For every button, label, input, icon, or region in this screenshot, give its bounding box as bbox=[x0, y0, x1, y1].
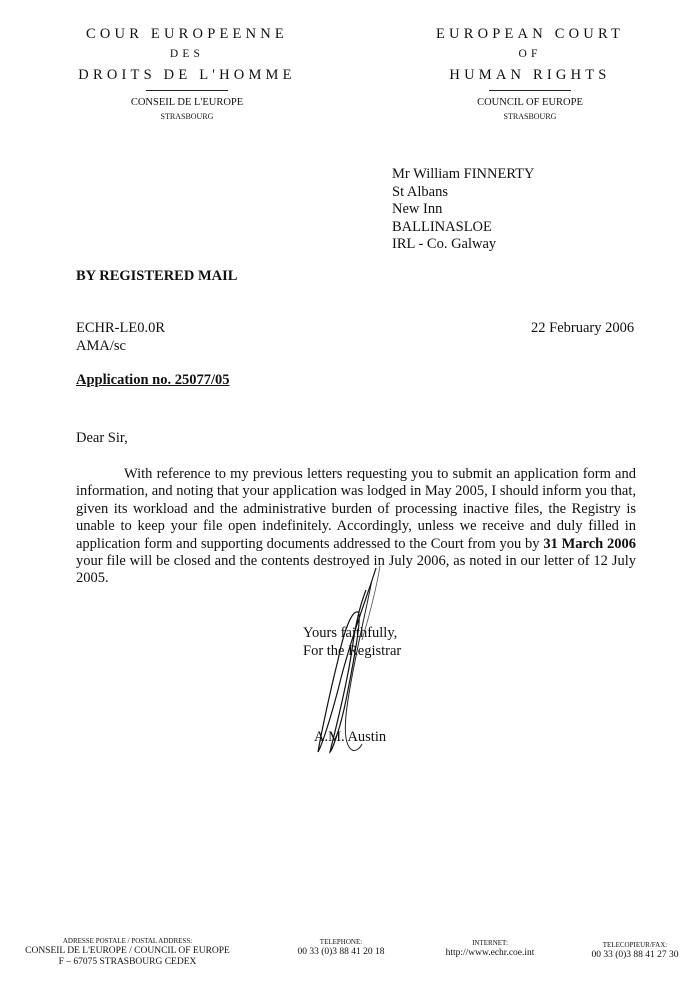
letterhead-city-en: STRASBOURG bbox=[420, 110, 640, 124]
body-text-part2: your file will be closed and the content… bbox=[76, 553, 636, 586]
deadline-date: 31 March 2006 bbox=[543, 536, 636, 552]
recipient-name: Mr William FINNERTY bbox=[392, 166, 534, 184]
footer-fax: TELECOPIEUR/FAX: 00 33 (0)3 88 41 27 30 bbox=[580, 940, 690, 961]
footer-internet-link[interactable]: http://www.echr.coe.int bbox=[435, 948, 545, 959]
reference-initials: AMA/sc bbox=[76, 338, 165, 356]
letterhead-french-line2: DES bbox=[62, 44, 312, 65]
letterhead-french-line3: DROITS DE L'HOMME bbox=[62, 65, 312, 85]
letterhead-french: COUR EUROPEENNE DES DROITS DE L'HOMME CO… bbox=[62, 24, 312, 124]
footer-internet: INTERNET: http://www.echr.coe.int bbox=[435, 938, 545, 959]
footer-postal-address: ADRESSE POSTALE / POSTAL ADDRESS: CONSEI… bbox=[10, 936, 245, 968]
closing-block: Yours faithfully, For the Registrar bbox=[303, 625, 401, 660]
letterhead-english-line3: HUMAN RIGHTS bbox=[420, 65, 640, 85]
footer-telephone-label: TELEPHONE: bbox=[286, 937, 396, 947]
letterhead-city-fr: STRASBOURG bbox=[62, 110, 312, 124]
footer-postal-line1: CONSEIL DE L'EUROPE / COUNCIL OF EUROPE bbox=[10, 946, 245, 957]
letterhead-council-en: COUNCIL OF EUROPE bbox=[420, 95, 640, 110]
closing-line: Yours faithfully, bbox=[303, 625, 401, 643]
closing-registrar: For the Registrar bbox=[303, 643, 401, 661]
recipient-address-line: St Albans bbox=[392, 184, 534, 202]
footer-fax-label: TELECOPIEUR/FAX: bbox=[580, 940, 690, 950]
delivery-method: BY REGISTERED MAIL bbox=[76, 268, 237, 286]
recipient-address-line: IRL - Co. Galway bbox=[392, 236, 534, 254]
letterhead-french-line1: COUR EUROPEENNE bbox=[62, 24, 312, 44]
letterhead-council-fr: CONSEIL DE L'EUROPE bbox=[62, 95, 312, 110]
recipient-address-line: BALLINASLOE bbox=[392, 219, 534, 237]
footer-internet-label: INTERNET: bbox=[435, 938, 545, 948]
letterhead-english: EUROPEAN COURT OF HUMAN RIGHTS COUNCIL O… bbox=[420, 24, 640, 124]
footer-telephone-value: 00 33 (0)3 88 41 20 18 bbox=[286, 947, 396, 958]
reference-code: ECHR-LE0.0R bbox=[76, 320, 165, 338]
letterhead-english-line2: OF bbox=[420, 44, 640, 65]
letter-date: 22 February 2006 bbox=[531, 320, 634, 338]
letterhead-divider bbox=[146, 90, 228, 91]
footer-telephone: TELEPHONE: 00 33 (0)3 88 41 20 18 bbox=[286, 937, 396, 958]
salutation: Dear Sir, bbox=[76, 430, 128, 448]
letterhead-english-line1: EUROPEAN COURT bbox=[420, 24, 640, 44]
body-paragraph: With reference to my previous letters re… bbox=[76, 466, 636, 588]
footer-fax-value: 00 33 (0)3 88 41 27 30 bbox=[580, 950, 690, 961]
footer-postal-line2: F – 67075 STRASBOURG CEDEX bbox=[10, 957, 245, 968]
recipient-address-line: New Inn bbox=[392, 201, 534, 219]
application-number: Application no. 25077/05 bbox=[76, 372, 229, 390]
footer-postal-label: ADRESSE POSTALE / POSTAL ADDRESS: bbox=[10, 936, 245, 946]
recipient-address: Mr William FINNERTY St Albans New Inn BA… bbox=[392, 166, 534, 254]
letterhead-divider bbox=[489, 90, 571, 91]
reference-block: ECHR-LE0.0R AMA/sc bbox=[76, 320, 165, 355]
signatory-name: A.M. Austin bbox=[314, 729, 386, 747]
